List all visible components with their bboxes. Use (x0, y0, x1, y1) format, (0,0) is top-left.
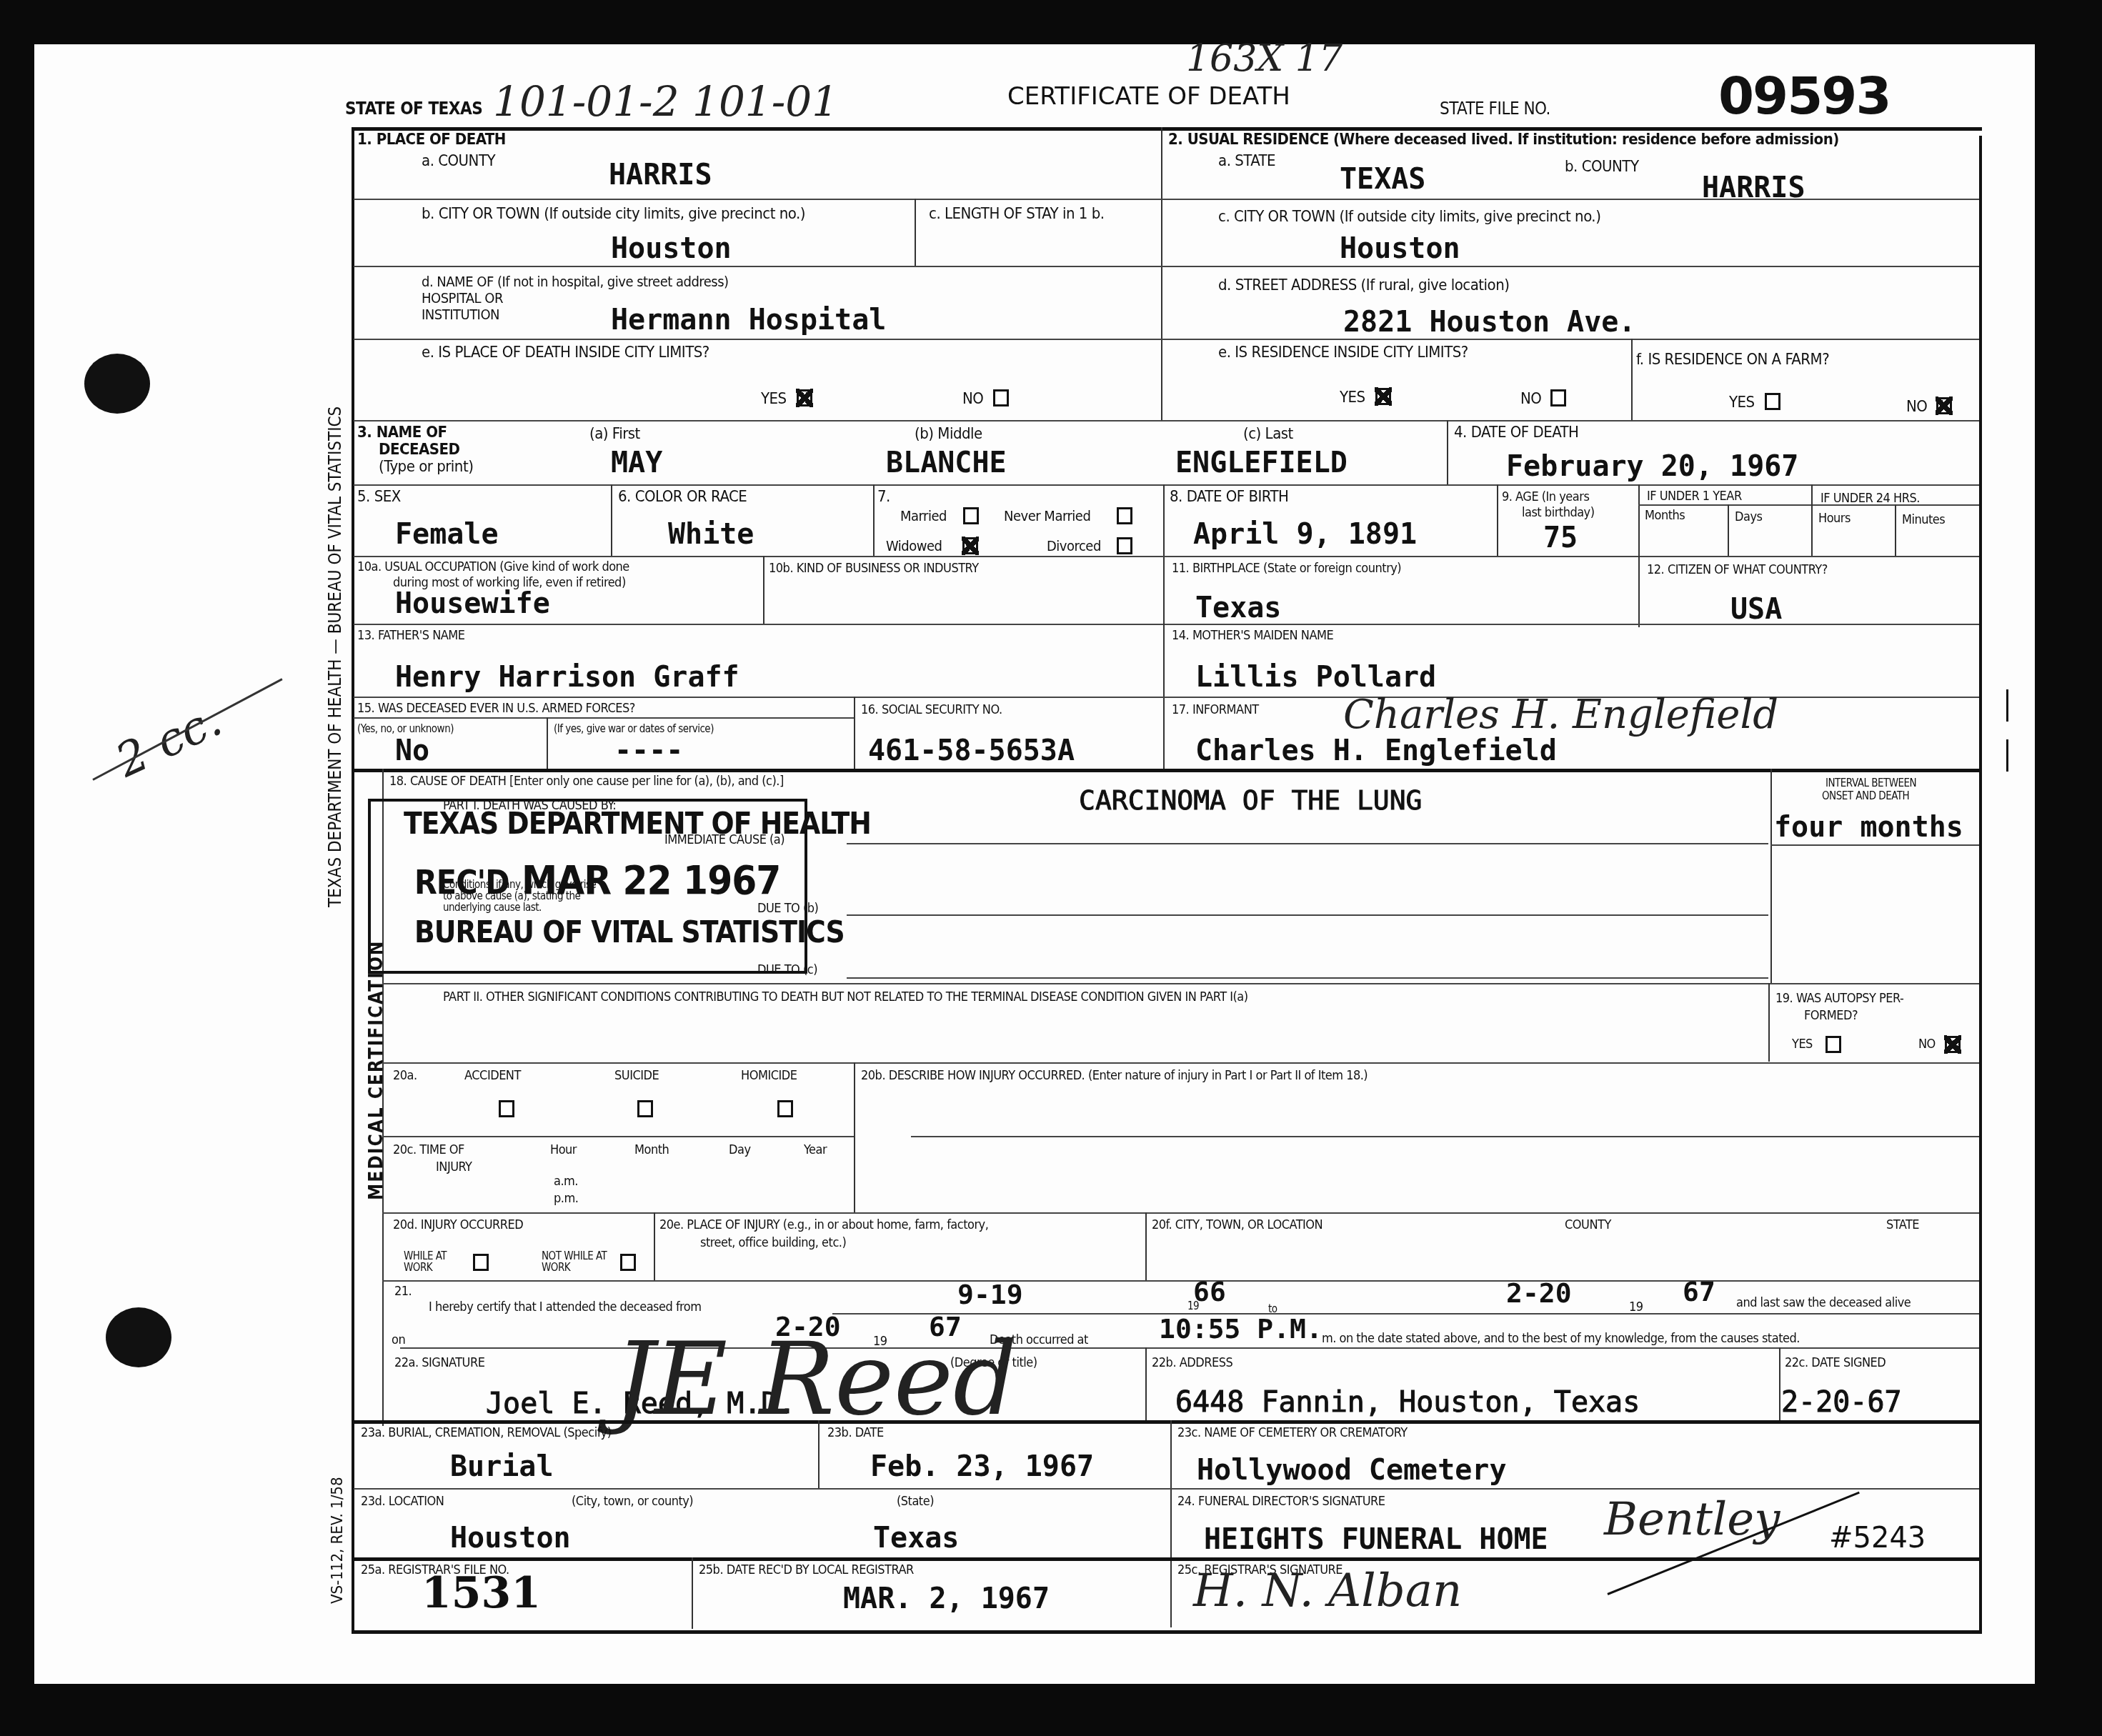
handwritten-top-code: 163X 17 (1186, 37, 1343, 80)
armed-forces-label: 15. WAS DECEASED EVER IN U.S. ARMED FORC… (357, 702, 635, 716)
month-label: Month (634, 1143, 669, 1157)
state-file-label: STATE FILE NO. (1440, 100, 1550, 117)
form-left-border (352, 127, 354, 1632)
location-state-sub-label: (State) (897, 1495, 934, 1509)
date-of-death-divider (1447, 420, 1448, 484)
res-farm-label: f. IS RESIDENCE ON A FARM? (1636, 351, 1829, 369)
file-date-divider (692, 1557, 693, 1629)
institution-label: d. NAME OF (If not in hospital, give str… (422, 273, 729, 290)
hour-label: Hour (550, 1143, 577, 1157)
divorced-checkbox[interactable] (1117, 537, 1132, 554)
autopsy-label-2: FORMED? (1804, 1009, 1858, 1023)
sex-label: 5. SEX (357, 489, 401, 506)
disposition-method: Burial (450, 1450, 554, 1483)
res-street-value: 2821 Houston Ave. (1343, 306, 1635, 339)
injury-type-divider (854, 1062, 855, 1212)
to-year-prefix: 19 (1629, 1300, 1643, 1315)
suicide-checkbox[interactable] (637, 1100, 653, 1117)
interval-value: four months (1774, 811, 1963, 844)
stamp-date: MAR 22 1967 (522, 857, 780, 904)
res-inside-city-label: e. IS RESIDENCE INSIDE CITY LIMITS? (1218, 344, 1468, 361)
married-checkbox[interactable] (963, 507, 979, 524)
year-label: Year (804, 1143, 827, 1157)
armed-service-divider (547, 717, 548, 769)
minutes-label: Minutes (1902, 513, 1945, 527)
informant-signature: Charles H. Englefield (1343, 692, 1778, 738)
marital-label: 7. (877, 489, 890, 506)
date-signed-label: 22c. DATE SIGNED (1785, 1356, 1886, 1370)
suicide-label: SUICIDE (614, 1069, 659, 1083)
describe-injury-label: 20b. DESCRIBE HOW INJURY OCCURRED. (Ente… (861, 1069, 1368, 1083)
mother-label: 14. MOTHER'S MAIDEN NAME (1172, 629, 1333, 643)
stamp-bureau: BUREAU OF VITAL STATISTICS (414, 914, 845, 949)
res-farm-no-label: NO (1906, 399, 1927, 416)
describe-injury-line (911, 1136, 1979, 1137)
date-cemetery-divider (1170, 1420, 1172, 1627)
res-inside-city-no-checkbox[interactable] (1550, 389, 1566, 406)
age-label-2: last birthday) (1522, 506, 1595, 520)
last-name-value: ENGLEFIELD (1175, 447, 1348, 479)
res-farm-yes-label: YES (1729, 394, 1755, 411)
sex-race-divider (611, 484, 612, 556)
form-right-border (1979, 136, 1982, 1632)
pod-inside-city-no-label: NO (962, 391, 983, 408)
months-label: Months (1645, 509, 1685, 523)
name-label-3: (Type or print) (379, 459, 473, 476)
res-county-label: b. COUNTY (1565, 159, 1639, 176)
res-farm-yes-checkbox[interactable] (1765, 393, 1780, 410)
occupation-value: Housewife (395, 587, 550, 620)
method-date-divider (818, 1420, 820, 1488)
autopsy-yes-checkbox[interactable] (1825, 1036, 1841, 1053)
autopsy-divider (1768, 983, 1770, 1062)
hours-label: Hours (1818, 512, 1851, 526)
under-mid-divider (1811, 484, 1813, 556)
date-of-death-value: February 20, 1967 (1506, 450, 1798, 483)
pod-city-value: Houston (611, 232, 732, 265)
pm-label: p.m. (554, 1192, 578, 1206)
never-married-label: Never Married (1004, 507, 1090, 524)
homicide-checkbox[interactable] (777, 1100, 793, 1117)
armed-ssn-divider (854, 697, 855, 769)
location-city: Houston (450, 1522, 571, 1555)
race-marital-divider (873, 484, 875, 556)
first-name-value: MAY (611, 447, 662, 479)
under-1-year-label: IF UNDER 1 YEAR (1647, 489, 1742, 504)
place-of-death-label: 1. PLACE OF DEATH (357, 131, 506, 149)
place-of-injury-label-2: street, office building, etc.) (700, 1236, 846, 1250)
first-name-label: (a) First (589, 426, 640, 443)
pod-inside-city-no-checkbox[interactable] (993, 389, 1009, 406)
on-label: on (392, 1333, 405, 1347)
autopsy-no-checkbox[interactable] (1945, 1036, 1961, 1053)
res-state-label: a. STATE (1218, 153, 1275, 170)
interval-label: INTERVAL BETWEEN (1825, 777, 1916, 789)
cemetery-label: 23c. NAME OF CEMETERY OR CREMATORY (1177, 1426, 1408, 1440)
disposition-date: Feb. 23, 1967 (870, 1450, 1094, 1483)
divider-part2 (382, 1062, 1979, 1064)
divider-row5 (354, 484, 1979, 486)
length-of-stay-label: c. LENGTH OF STAY in 1 b. (929, 206, 1115, 223)
immediate-cause-value: CARCINOMA OF THE LUNG (1079, 784, 1422, 816)
time-of-death: 10:55 P.M. (1159, 1313, 1323, 1345)
funeral-license: #5243 (1829, 1522, 1926, 1555)
dob-age-divider (1497, 484, 1498, 556)
industry-label: 10b. KIND OF BUSINESS OR INDUSTRY (769, 562, 979, 576)
divider-row6 (354, 556, 1979, 557)
place-of-injury-label: 20e. PLACE OF INJURY (e.g., in or about … (659, 1218, 988, 1232)
divider-23a (354, 1488, 1979, 1490)
binder-hole-bottom (106, 1307, 171, 1367)
ssn-value: 461-58-5653A (868, 734, 1075, 767)
attended-from-year: 66 (1193, 1276, 1226, 1307)
divider-part1 (382, 983, 1979, 984)
informant-value: Charles H. Englefield (1195, 734, 1557, 767)
pod-county-value: HARRIS (609, 159, 712, 191)
dob-label: 8. DATE OF BIRTH (1170, 489, 1289, 506)
attended-from-date: 9-19 (957, 1279, 1023, 1310)
accident-label: ACCIDENT (464, 1069, 521, 1083)
father-value: Henry Harrison Graff (395, 661, 739, 694)
married-label: Married (900, 507, 947, 524)
edge-mark-1 (2006, 689, 2008, 722)
sex-value: Female (395, 518, 499, 551)
widowed-checkbox[interactable] (962, 537, 978, 554)
physician-address-label: 22b. ADDRESS (1152, 1356, 1232, 1370)
res-inside-city-yes-checkbox[interactable] (1375, 388, 1391, 405)
not-while-at-work-label: NOT WHILE AT WORK (542, 1250, 613, 1273)
divider-20a (382, 1136, 854, 1137)
days-label: Days (1735, 510, 1762, 524)
disposition-date-label: 23b. DATE (827, 1426, 884, 1440)
funeral-home: HEIGHTS FUNERAL HOME (1204, 1523, 1548, 1556)
divider-row2 (354, 266, 1979, 267)
autopsy-yes-label: YES (1792, 1037, 1813, 1052)
due-to-b-line (847, 914, 1768, 916)
widowed-label: Widowed (886, 537, 942, 554)
institution-value: Hermann Hospital (611, 304, 886, 336)
interval-divider (1770, 769, 1772, 983)
occurred-place-divider (654, 1212, 655, 1280)
location-city-sub-label: (City, town, or county) (572, 1495, 693, 1509)
attended-to-year: 67 (1683, 1276, 1715, 1307)
time-of-injury-label: 20c. TIME OF (393, 1143, 464, 1157)
injury-type-label: 20a. (393, 1069, 417, 1083)
divider-20c (382, 1212, 1979, 1214)
cemetery-value: Hollywood Cemetery (1197, 1454, 1506, 1487)
signature-address-divider (1145, 1347, 1147, 1420)
armed-sub-divider (354, 717, 854, 719)
father-label: 13. FATHER'S NAME (357, 629, 465, 643)
autopsy-label: 19. WAS AUTOPSY PER- (1775, 992, 1903, 1006)
birthplace-label: 11. BIRTHPLACE (State or foreign country… (1172, 562, 1401, 576)
informant-label: 17. INFORMANT (1172, 703, 1259, 717)
date-of-death-label: 4. DATE OF DEATH (1454, 424, 1579, 442)
injury-county-label: COUNTY (1565, 1218, 1611, 1232)
middle-name-label: (b) Middle (915, 426, 982, 443)
citizen-label: 12. CITIZEN OF WHAT COUNTRY? (1647, 563, 1828, 577)
res-farm-no-checkbox[interactable] (1936, 397, 1952, 414)
usual-residence-label: 2. USUAL RESIDENCE (Where deceased lived… (1168, 131, 1839, 149)
while-at-work-checkbox[interactable] (473, 1254, 489, 1271)
attended-to-date: 2-20 (1506, 1277, 1572, 1309)
divorced-label: Divorced (1047, 537, 1101, 554)
pod-inside-city-yes-checkbox[interactable] (797, 389, 812, 406)
name-label: 3. NAME OF (357, 424, 447, 442)
state-of-texas-label: STATE OF TEXAS (345, 100, 482, 117)
funeral-director-signature: Bentley (1604, 1493, 1780, 1546)
registrar-date: MAR. 2, 1967 (843, 1582, 1050, 1615)
cause-label: 18. CAUSE OF DEATH [Enter only one cause… (389, 774, 784, 789)
farm-divider (1631, 339, 1633, 420)
race-label: 6. COLOR OR RACE (618, 489, 747, 506)
birthplace-citizen-divider (1638, 556, 1640, 624)
last-saw-text: and last saw the deceased alive (1736, 1296, 1911, 1310)
handwritten-codes: 101-01-2 101-01 (493, 77, 838, 126)
interval-label-2: ONSET AND DEATH (1822, 790, 1909, 802)
form-revision-label: VS-112, REV. 1/58 (329, 1477, 347, 1604)
divider-row4 (354, 420, 1979, 421)
immediate-cause-line (847, 843, 1768, 844)
agency-vertical-label: TEXAS DEPARTMENT OF HEALTH — BUREAU OF V… (325, 406, 345, 907)
last-name-label: (c) Last (1243, 426, 1293, 443)
citizen-value: USA (1730, 593, 1782, 626)
middle-name-value: BLANCHE (886, 447, 1007, 479)
registrar-signature: H. N. Alban (1193, 1565, 1462, 1617)
occupation-industry-divider (763, 556, 764, 624)
divider-row3 (354, 339, 1979, 340)
am-label: a.m. (554, 1174, 578, 1189)
divider-row7 (354, 624, 1979, 625)
birthplace-value: Texas (1195, 592, 1281, 624)
cert-line-1 (832, 1313, 1979, 1315)
divider-row1 (354, 199, 1979, 200)
homicide-label: HOMICIDE (741, 1069, 797, 1083)
dob-value: April 9, 1891 (1193, 518, 1417, 551)
armed-yn-value: No (395, 734, 429, 767)
document-title: CERTIFICATE OF DEATH (1007, 82, 1290, 111)
autopsy-no-label: NO (1918, 1037, 1936, 1052)
res-city-value: Houston (1340, 232, 1460, 265)
divider-row9 (354, 769, 1979, 772)
injury-occurred-label: 20d. INJURY OCCURRED (393, 1218, 523, 1232)
funeral-director-label: 24. FUNERAL DIRECTOR'S SIGNATURE (1177, 1495, 1385, 1509)
state-file-number: 09593 (1718, 66, 1891, 126)
part2-label: PART II. OTHER SIGNIFICANT CONDITIONS CO… (443, 990, 1248, 1004)
not-while-at-work-checkbox[interactable] (620, 1254, 636, 1271)
due-to-c-line (847, 977, 1768, 979)
months-days-divider (1728, 504, 1729, 556)
race-value: White (668, 518, 754, 551)
pod-inside-city-label: e. IS PLACE OF DEATH INSIDE CITY LIMITS? (422, 344, 709, 361)
name-label-2: DECEASED (379, 442, 460, 459)
location-state: Texas (873, 1522, 959, 1555)
interval-line (1770, 844, 1979, 846)
medical-certification-label: MEDICAL CERTIFICATION (366, 940, 387, 1200)
date-signed-value: 2-20-67 (1781, 1386, 1902, 1419)
res-state-value: TEXAS (1340, 163, 1425, 196)
pod-county-label: a. COUNTY (422, 153, 495, 170)
time-of-injury-label-2: INJURY (436, 1160, 472, 1174)
mother-value: Lillis Pollard (1195, 661, 1436, 694)
signature-label: 22a. SIGNATURE (394, 1356, 484, 1370)
physician-address: 6448 Fannin, Houston, Texas (1175, 1386, 1640, 1419)
institution-label-2: HOSPITAL OR (422, 289, 503, 306)
divider-20d (382, 1280, 1979, 1282)
place-city-divider (1145, 1212, 1147, 1280)
disposition-method-label: 23a. BURIAL, CREMATION, REMOVAL (Specify… (361, 1426, 612, 1440)
accident-checkbox[interactable] (499, 1100, 514, 1117)
divider-22 (354, 1420, 1979, 1424)
age-label: 9. AGE (In years (1502, 490, 1589, 504)
address-date-divider (1779, 1347, 1780, 1420)
certify-text: I hereby certify that I attended the dec… (429, 1300, 702, 1315)
stamp-agency: TEXAS DEPARTMENT OF HEALTH (404, 806, 871, 841)
armed-service-value: ---- (614, 734, 683, 767)
res-inside-city-no-label: NO (1520, 391, 1541, 408)
registrar-file-no: 1531 (422, 1568, 541, 1618)
armed-service-label: (If yes, give war or dates of service) (554, 723, 714, 734)
armed-yn-label: (Yes, no, or unknown) (357, 723, 454, 734)
main-column-divider (1161, 127, 1162, 420)
pod-city-label: b. CITY OR TOWN (If outside city limits,… (422, 206, 805, 223)
institution-label-3: INSTITUTION (422, 306, 499, 323)
hours-minutes-divider (1895, 504, 1896, 556)
res-city-label: c. CITY OR TOWN (If outside city limits,… (1218, 209, 1600, 226)
under-24-hrs-label: IF UNDER 24 HRS. (1820, 492, 1920, 506)
length-of-stay-divider (915, 199, 916, 266)
never-married-checkbox[interactable] (1117, 507, 1132, 524)
form-bottom-border (352, 1630, 1982, 1634)
binder-hole-top (84, 354, 150, 414)
pod-inside-city-yes-label: YES (761, 391, 787, 408)
injury-state-label: STATE (1886, 1218, 1919, 1232)
under-sub-divider (1638, 504, 1979, 506)
divider-23d (354, 1557, 1979, 1561)
day-label: Day (729, 1143, 750, 1157)
while-at-work-label: WHILE AT WORK (404, 1250, 461, 1273)
res-inside-city-yes-label: YES (1340, 389, 1365, 406)
location-label: 23d. LOCATION (361, 1495, 444, 1509)
ssn-label: 16. SOCIAL SECURITY NO. (861, 703, 1002, 717)
occupation-label: 10a. USUAL OCCUPATION (Give kind of work… (357, 560, 629, 574)
certification-num: 21. (394, 1284, 412, 1299)
certify-text-3: m. on the date stated above, and to the … (1322, 1332, 1800, 1346)
age-value: 75 (1543, 522, 1578, 554)
stamp-received-label: REC'D (414, 863, 509, 902)
res-street-label: d. STREET ADDRESS (If rural, give locati… (1218, 277, 1509, 294)
registrar-date-label: 25b. DATE REC'D BY LOCAL REGISTRAR (699, 1563, 914, 1577)
injury-city-label: 20f. CITY, TOWN, OR LOCATION (1152, 1218, 1323, 1232)
edge-mark-2 (2006, 739, 2008, 772)
